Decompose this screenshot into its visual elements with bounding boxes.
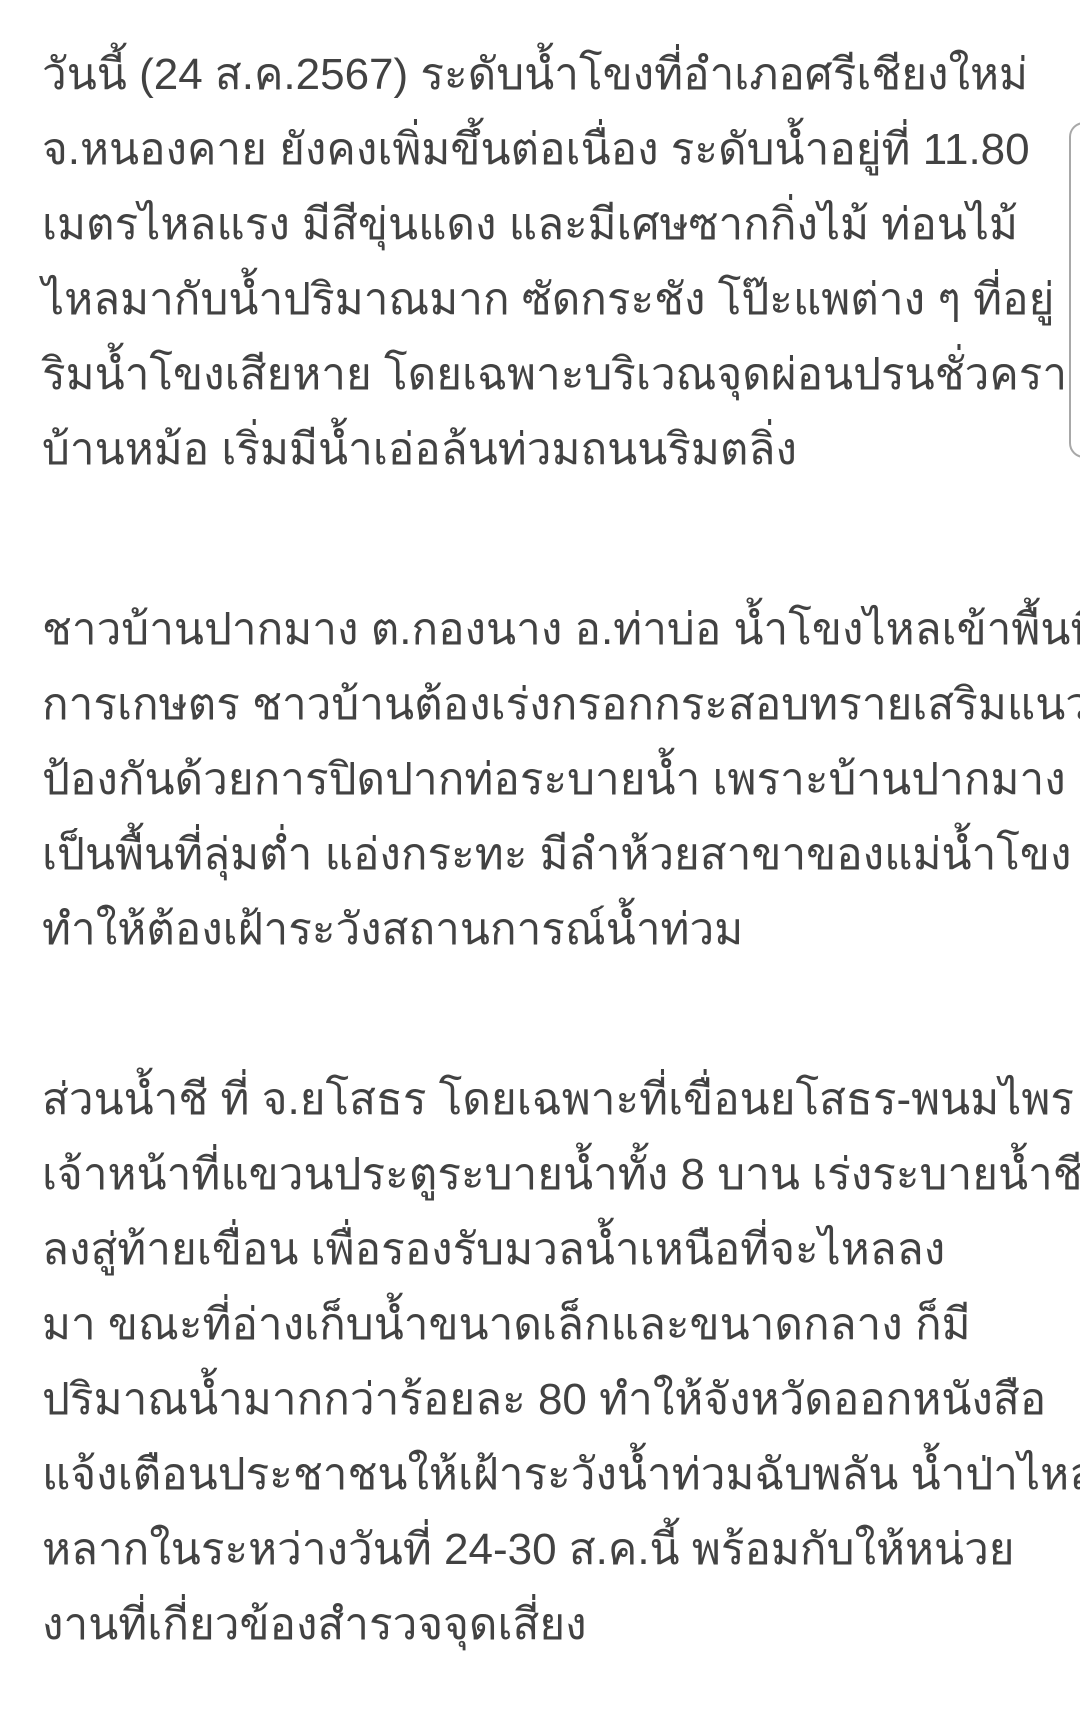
- text-line: เจ้าหน้าที่แขวนประตูระบายน้ำทั้ง 8 บาน เ…: [42, 1137, 1050, 1212]
- paragraph: ชาวบ้านปากมาง ต.กองนาง อ.ท่าบ่อ น้ำโขงไห…: [42, 592, 1050, 967]
- text-line: ส่วนน้ำชี ที่ จ.ยโสธร โดยเฉพาะที่เขื่อนย…: [42, 1062, 1050, 1137]
- text-line: แจ้งเตือนประชาชนให้เฝ้าระวังน้ำท่วมฉับพล…: [42, 1437, 1050, 1512]
- text-line: ลงสู่ท้ายเขื่อน เพื่อรองรับมวลน้ำเหนือที…: [42, 1212, 1050, 1287]
- paragraph: ส่วนน้ำชี ที่ จ.ยโสธร โดยเฉพาะที่เขื่อนย…: [42, 1062, 1050, 1662]
- scrollbar-thumb[interactable]: [1069, 122, 1080, 458]
- text-line: ทำให้ต้องเฝ้าระวังสถานการณ์น้ำท่วม: [42, 892, 1050, 967]
- text-line: จ.หนองคาย ยังคงเพิ่มขึ้นต่อเนื่อง ระดับน…: [42, 112, 1050, 187]
- text-line: มา ขณะที่อ่างเก็บน้ำขนาดเล็กและขนาดกลาง …: [42, 1287, 1050, 1362]
- text-line: เมตรไหลแรง มีสีขุ่นแดง และมีเศษซากกิ่งไม…: [42, 187, 1050, 262]
- text-line: เป็นพื้นที่ลุ่มต่ำ แอ่งกระทะ มีลำห้วยสาข…: [42, 817, 1050, 892]
- text-line: บ้านหม้อ เริ่มมีน้ำเอ่อล้นท่วมถนนริมตลิ่…: [42, 412, 1050, 487]
- text-line: วันนี้ (24 ส.ค.2567) ระดับน้ำโขงที่อำเภอ…: [42, 37, 1050, 112]
- text-line: หลากในระหว่างวันที่ 24-30 ส.ค.นี้ พร้อมก…: [42, 1512, 1050, 1587]
- text-line: ไหลมากับน้ำปริมาณมาก ซัดกระชัง โป๊ะแพต่า…: [42, 262, 1050, 337]
- paragraph: วันนี้ (24 ส.ค.2567) ระดับน้ำโขงที่อำเภอ…: [42, 37, 1050, 487]
- text-line: ริมน้ำโขงเสียหาย โดยเฉพาะบริเวณจุดผ่อนปร…: [42, 337, 1050, 412]
- text-line: ชาวบ้านปากมาง ต.กองนาง อ.ท่าบ่อ น้ำโขงไห…: [42, 592, 1050, 667]
- text-line: การเกษตร ชาวบ้านต้องเร่งกรอกกระสอบทรายเส…: [42, 667, 1050, 742]
- article-body: วันนี้ (24 ส.ค.2567) ระดับน้ำโขงที่อำเภอ…: [42, 37, 1050, 1662]
- text-line: ป้องกันด้วยการปิดปากท่อระบายน้ำ เพราะบ้า…: [42, 742, 1050, 817]
- text-line: ปริมาณน้ำมากกว่าร้อยละ 80 ทำให้จังหวัดออ…: [42, 1362, 1050, 1437]
- text-line: งานที่เกี่ยวข้องสำรวจจุดเสี่ยง: [42, 1587, 1050, 1662]
- article-page: { "colors": { "background": "#ffffff", "…: [0, 0, 1080, 1727]
